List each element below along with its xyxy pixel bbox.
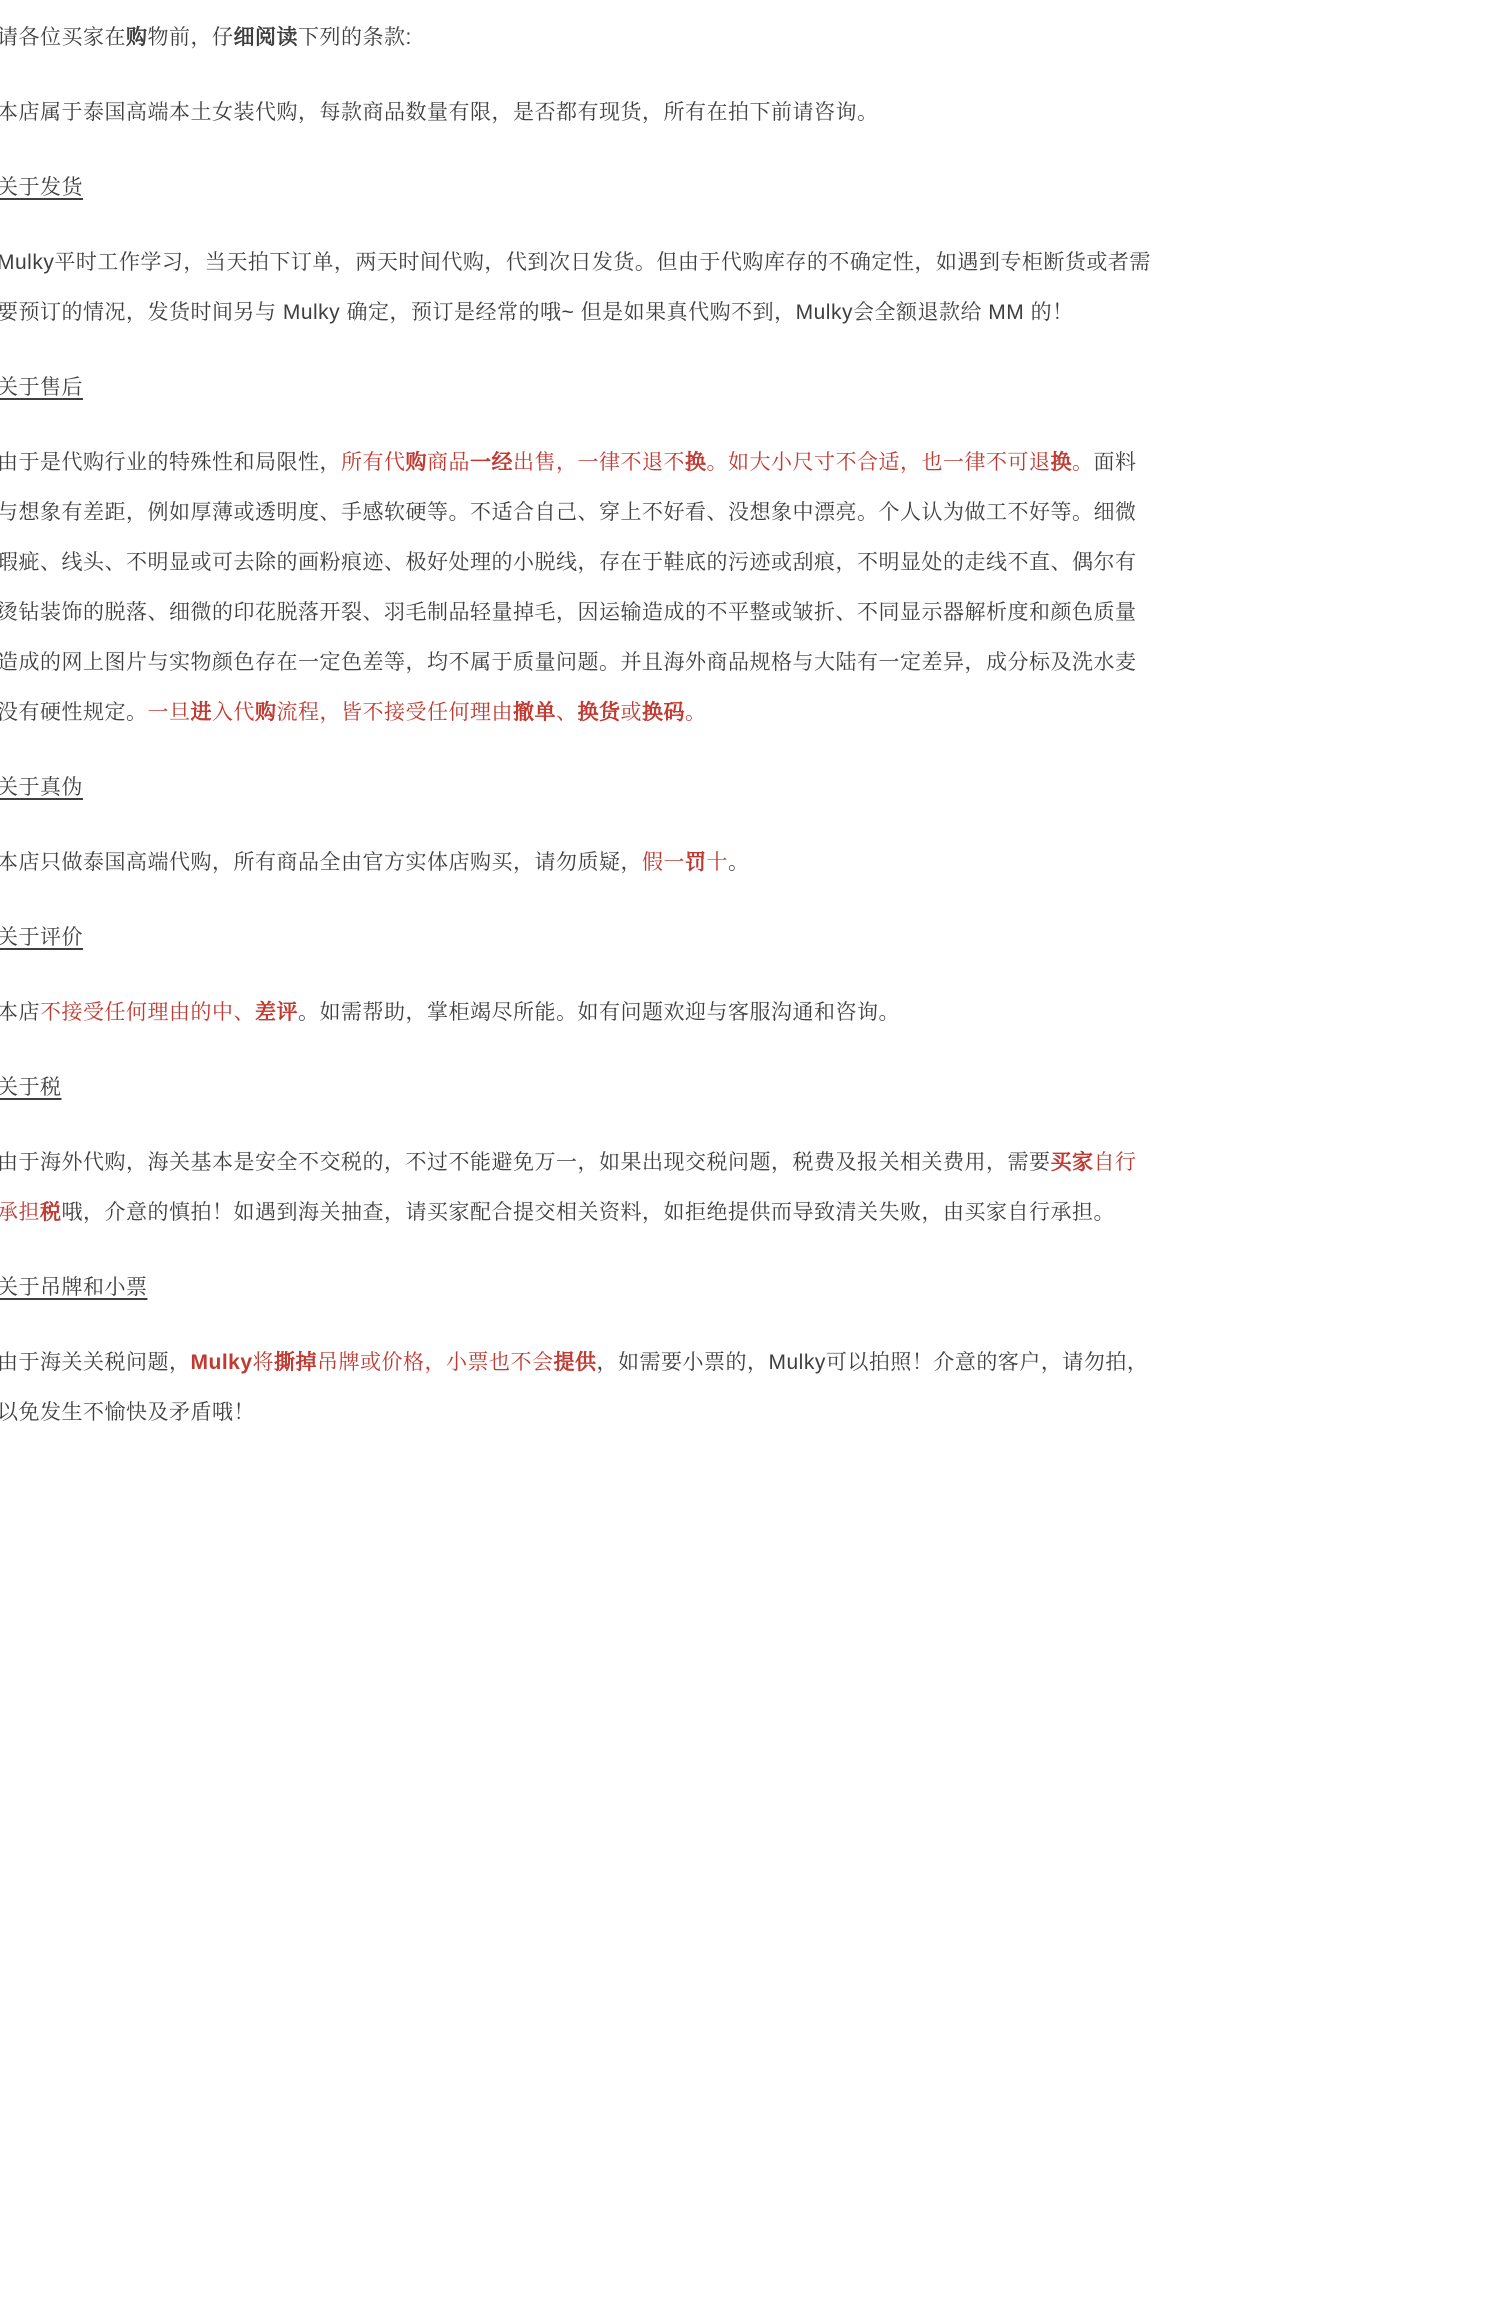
highlight-red-text: 撤单 bbox=[513, 701, 556, 724]
highlight-red-text: 一经 bbox=[470, 451, 513, 474]
highlight-red-text: 、 bbox=[556, 701, 578, 724]
text-line: Mulky平时工作学习，当天拍下订单，两天时间代购，代到次日发货。但由于代购库存… bbox=[0, 238, 1500, 288]
highlight-red-text: 购 bbox=[406, 451, 428, 474]
text-line: 本店不接受任何理由的中、差评。如需帮助，掌柜竭尽所能。如有问题欢迎与客服沟通和咨… bbox=[0, 988, 1500, 1038]
text-line: 没有硬性规定。一旦进入代购流程，皆不接受任何理由撤单、换货或换码。 bbox=[0, 688, 1500, 738]
body-text: 关于售后 bbox=[0, 376, 83, 399]
text-line: 由于海关关税问题，Mulky将撕掉吊牌或价格，小票也不会提供，如需要小票的，Mu… bbox=[0, 1338, 1500, 1388]
highlight-red-text: 换码 bbox=[642, 701, 685, 724]
highlight-red-text: 假一 bbox=[642, 851, 685, 874]
body-text: 本店属于泰国高端本土女装代购，每款商品数量有限，是否都有现货，所有在拍下前请咨询… bbox=[0, 101, 879, 124]
highlight-red-text: 商品 bbox=[427, 451, 470, 474]
highlight-red-text: 。如大小尺寸不合适，也一律不可退 bbox=[707, 451, 1051, 474]
section-heading-text: 关于售后 bbox=[0, 363, 1500, 413]
text-line: 与想象有差距，例如厚薄或透明度、手感软硬等。不适合自己、穿上不好看、没想象中漂亮… bbox=[0, 488, 1500, 538]
highlight-red-text: 自行 bbox=[1094, 1151, 1137, 1174]
text-line: 烫钻装饰的脱落、细微的印花脱落开裂、羽毛制品轻量掉毛，因运输造成的不平整或皱折、… bbox=[0, 588, 1500, 638]
body-text: Mulky平时工作学习，当天拍下订单，两天时间代购，代到次日发货。但由于代购库存… bbox=[0, 251, 1151, 274]
section-heading: 关于真伪 bbox=[0, 763, 1500, 813]
paragraph: Mulky平时工作学习，当天拍下订单，两天时间代购，代到次日发货。但由于代购库存… bbox=[0, 238, 1500, 338]
highlight-red-text: 撕掉 bbox=[274, 1351, 317, 1374]
text-line: 瑕疵、线头、不明显或可去除的画粉痕迹、极好处理的小脱线，存在于鞋底的污迹或刮痕，… bbox=[0, 538, 1500, 588]
body-text: 要预订的情况，发货时间另与 Mulky 确定，预订是经常的哦~ 但是如果真代购不… bbox=[0, 301, 1074, 324]
body-text: 造成的网上图片与实物颜色存在一定色差等，均不属于质量问题。并且海外商品规格与大陆… bbox=[0, 651, 1137, 674]
text-line: 以免发生不愉快及矛盾哦！ bbox=[0, 1388, 1500, 1438]
body-text: 面料 bbox=[1094, 451, 1137, 474]
section-heading: 关于售后 bbox=[0, 363, 1500, 413]
text-line: 请各位买家在购物前，仔细阅读下列的条款: bbox=[0, 13, 1500, 63]
body-text: 由于海外代购，海关基本是安全不交税的，不过不能避免万一，如果出现交税问题，税费及… bbox=[0, 1151, 1051, 1174]
section-heading-text: 关于发货 bbox=[0, 163, 1500, 213]
highlight-red-text: 流程，皆不接受任何理由 bbox=[277, 701, 514, 724]
paragraph: 本店属于泰国高端本土女装代购，每款商品数量有限，是否都有现货，所有在拍下前请咨询… bbox=[0, 88, 1500, 138]
highlight-red-text: 不接受任何理由的中、 bbox=[40, 1001, 255, 1024]
body-text: 关于评价 bbox=[0, 926, 83, 949]
highlight-red-text: 十 bbox=[707, 851, 729, 874]
section-heading-text: 关于吊牌和小票 bbox=[0, 1263, 1500, 1313]
highlight-red-text: 所有代 bbox=[341, 451, 406, 474]
body-text: 关于发货 bbox=[0, 176, 83, 199]
section-heading-text: 关于税 bbox=[0, 1063, 1500, 1113]
body-text: ，如需要小票的，Mulky可以拍照！介意的客户，请勿拍， bbox=[597, 1351, 1149, 1374]
highlight-red-text: 。 bbox=[685, 701, 707, 724]
body-text: 关于税 bbox=[0, 1076, 62, 1099]
section-heading-text: 关于评价 bbox=[0, 913, 1500, 963]
text-line: 要预订的情况，发货时间另与 Mulky 确定，预订是经常的哦~ 但是如果真代购不… bbox=[0, 288, 1500, 338]
body-text: 。如需帮助，掌柜竭尽所能。如有问题欢迎与客服沟通和咨询。 bbox=[298, 1001, 900, 1024]
body-text: 关于真伪 bbox=[0, 776, 83, 799]
text-line: 由于海外代购，海关基本是安全不交税的，不过不能避免万一，如果出现交税问题，税费及… bbox=[0, 1138, 1500, 1188]
highlight-red-text: 。 bbox=[1072, 451, 1094, 474]
body-text: 没有硬性规定。 bbox=[0, 701, 148, 724]
highlight-red-text: 或 bbox=[621, 701, 643, 724]
body-text: 细阅读 bbox=[234, 26, 299, 49]
body-text: 由于是代购行业的特殊性和局限性， bbox=[0, 451, 341, 474]
terms-document: 请各位买家在购物前，仔细阅读下列的条款:本店属于泰国高端本土女装代购，每款商品数… bbox=[0, 0, 1500, 1438]
highlight-red-text: 换货 bbox=[578, 701, 621, 724]
body-text: 。 bbox=[728, 851, 750, 874]
body-text: 下列的条款: bbox=[298, 26, 412, 49]
section-heading-text: 关于真伪 bbox=[0, 763, 1500, 813]
highlight-red-text: 一旦 bbox=[148, 701, 191, 724]
body-text: 物前，仔 bbox=[148, 26, 234, 49]
text-line: 承担税哦，介意的慎拍！如遇到海关抽查，请买家配合提交相关资料，如拒绝提供而导致清… bbox=[0, 1188, 1500, 1238]
highlight-red-text: 购 bbox=[255, 701, 277, 724]
highlight-red-text: Mulky bbox=[191, 1351, 253, 1374]
highlight-red-text: 入代 bbox=[212, 701, 255, 724]
paragraph: 本店只做泰国高端代购，所有商品全由官方实体店购买，请勿质疑，假一罚十。 bbox=[0, 838, 1500, 888]
body-text: 本店只做泰国高端代购，所有商品全由官方实体店购买，请勿质疑， bbox=[0, 851, 642, 874]
highlight-red-text: 换 bbox=[1051, 451, 1073, 474]
section-heading: 关于吊牌和小票 bbox=[0, 1263, 1500, 1313]
paragraph: 本店不接受任何理由的中、差评。如需帮助，掌柜竭尽所能。如有问题欢迎与客服沟通和咨… bbox=[0, 988, 1500, 1038]
body-text: 由于海关关税问题， bbox=[0, 1351, 191, 1374]
highlight-red-text: 税 bbox=[40, 1201, 62, 1224]
text-line: 本店只做泰国高端代购，所有商品全由官方实体店购买，请勿质疑，假一罚十。 bbox=[0, 838, 1500, 888]
paragraph: 由于海外代购，海关基本是安全不交税的，不过不能避免万一，如果出现交税问题，税费及… bbox=[0, 1138, 1500, 1238]
body-text: 关于吊牌和小票 bbox=[0, 1276, 148, 1299]
body-text: 与想象有差距，例如厚薄或透明度、手感软硬等。不适合自己、穿上不好看、没想象中漂亮… bbox=[0, 501, 1137, 524]
highlight-red-text: 买家 bbox=[1051, 1151, 1094, 1174]
body-text: 请各位买家在 bbox=[0, 26, 126, 49]
paragraph: 由于是代购行业的特殊性和局限性，所有代购商品一经出售，一律不退不换。如大小尺寸不… bbox=[0, 438, 1500, 738]
body-text: 烫钻装饰的脱落、细微的印花脱落开裂、羽毛制品轻量掉毛，因运输造成的不平整或皱折、… bbox=[0, 601, 1137, 624]
highlight-red-text: 承担 bbox=[0, 1201, 40, 1224]
highlight-red-text: 出售，一律不退不 bbox=[513, 451, 685, 474]
body-text: 以免发生不愉快及矛盾哦！ bbox=[0, 1401, 255, 1424]
text-line: 由于是代购行业的特殊性和局限性，所有代购商品一经出售，一律不退不换。如大小尺寸不… bbox=[0, 438, 1500, 488]
highlight-red-text: 罚 bbox=[685, 851, 707, 874]
section-heading: 关于发货 bbox=[0, 163, 1500, 213]
paragraph: 请各位买家在购物前，仔细阅读下列的条款: bbox=[0, 13, 1500, 63]
highlight-red-text: 差评 bbox=[255, 1001, 298, 1024]
body-text: 购 bbox=[126, 26, 148, 49]
body-text: 哦，介意的慎拍！如遇到海关抽查，请买家配合提交相关资料，如拒绝提供而导致清关失败… bbox=[62, 1201, 1116, 1224]
section-heading: 关于评价 bbox=[0, 913, 1500, 963]
highlight-red-text: 将 bbox=[253, 1351, 275, 1374]
text-line: 本店属于泰国高端本土女装代购，每款商品数量有限，是否都有现货，所有在拍下前请咨询… bbox=[0, 88, 1500, 138]
body-text: 瑕疵、线头、不明显或可去除的画粉痕迹、极好处理的小脱线，存在于鞋底的污迹或刮痕，… bbox=[0, 551, 1137, 574]
section-heading: 关于税 bbox=[0, 1063, 1500, 1113]
text-line: 造成的网上图片与实物颜色存在一定色差等，均不属于质量问题。并且海外商品规格与大陆… bbox=[0, 638, 1500, 688]
highlight-red-text: 提供 bbox=[554, 1351, 597, 1374]
body-text: 本店 bbox=[0, 1001, 40, 1024]
highlight-red-text: 换 bbox=[685, 451, 707, 474]
highlight-red-text: 吊牌或价格，小票也不会 bbox=[317, 1351, 554, 1374]
paragraph: 由于海关关税问题，Mulky将撕掉吊牌或价格，小票也不会提供，如需要小票的，Mu… bbox=[0, 1338, 1500, 1438]
highlight-red-text: 进 bbox=[191, 701, 213, 724]
